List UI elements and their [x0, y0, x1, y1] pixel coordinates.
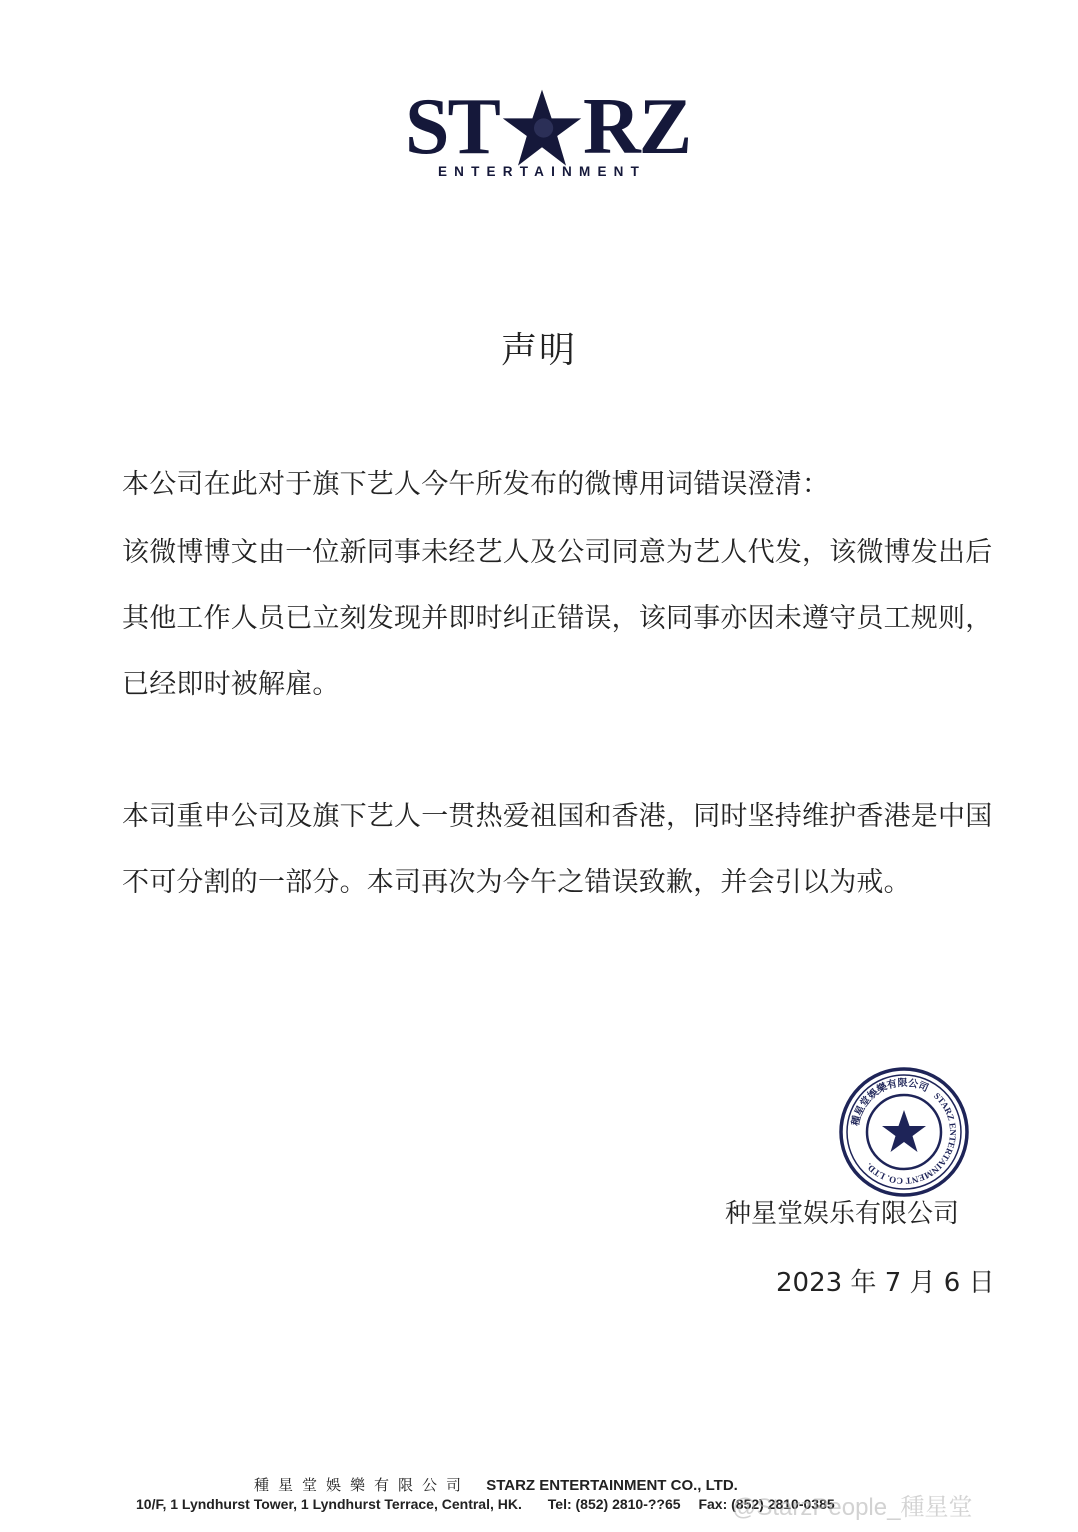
footer-tel: Tel: (852) 2810-??65	[548, 1496, 681, 1512]
svg-text:種星堂娛樂有限公司: 種星堂娛樂有限公司	[848, 1076, 931, 1128]
paragraph-line: 该微博博文由一位新同事未经艺人及公司同意为艺人代发，该微博发出后	[122, 530, 992, 569]
logo-subtitle: ENTERTAINMENT	[409, 164, 675, 179]
signature-company-name: 种星堂娱乐有限公司	[725, 1193, 959, 1230]
footer-company-en: STARZ ENTERTAINMENT CO., LTD.	[486, 1477, 738, 1494]
paragraph-line: 本公司在此对于旗下艺人今午所发布的微博用词错误澄清：	[122, 462, 829, 501]
paragraph-line: 已经即时被解雇。	[122, 662, 340, 701]
paragraph-line: 其他工作人员已立刻发现并即时纠正错误，该同事亦因未遵守员工规则，	[122, 596, 992, 635]
paragraph-line: 不可分割的一部分。本司再次为今午之错误致歉，并会引以为戒。	[122, 860, 911, 899]
footer-contact: 10/F, 1 Lyndhurst Tower, 1 Lyndhurst Ter…	[136, 1496, 835, 1512]
company-seal: 種星堂娛樂有限公司 STARZ ENTERTAINMENT CO. LTD.	[838, 1066, 970, 1198]
footer-address: 10/F, 1 Lyndhurst Tower, 1 Lyndhurst Ter…	[136, 1496, 522, 1512]
signature-date: 2023 年 7 月 6 日	[776, 1262, 995, 1299]
footer-company: 種星堂娛樂有限公司 STARZ ENTERTAINMENT CO., LTD.	[254, 1474, 738, 1495]
seal-ring-text-cn: 種星堂娛樂有限公司	[848, 1076, 931, 1128]
starz-logo: ST RZ ENTERTAINMENT	[405, 88, 675, 188]
weibo-watermark: @StarzPeople_種星堂	[732, 1487, 972, 1522]
document-title: 声明	[0, 322, 1078, 373]
star-icon	[882, 1110, 926, 1152]
footer-company-cn: 種星堂娛樂有限公司	[254, 1477, 470, 1494]
star-icon	[501, 88, 583, 168]
logo-letters-right: RZ	[583, 88, 690, 166]
paragraph-line: 本司重申公司及旗下艺人一贯热爱祖国和香港，同时坚持维护香港是中国	[122, 794, 992, 833]
logo-letters-left: ST	[405, 88, 499, 166]
